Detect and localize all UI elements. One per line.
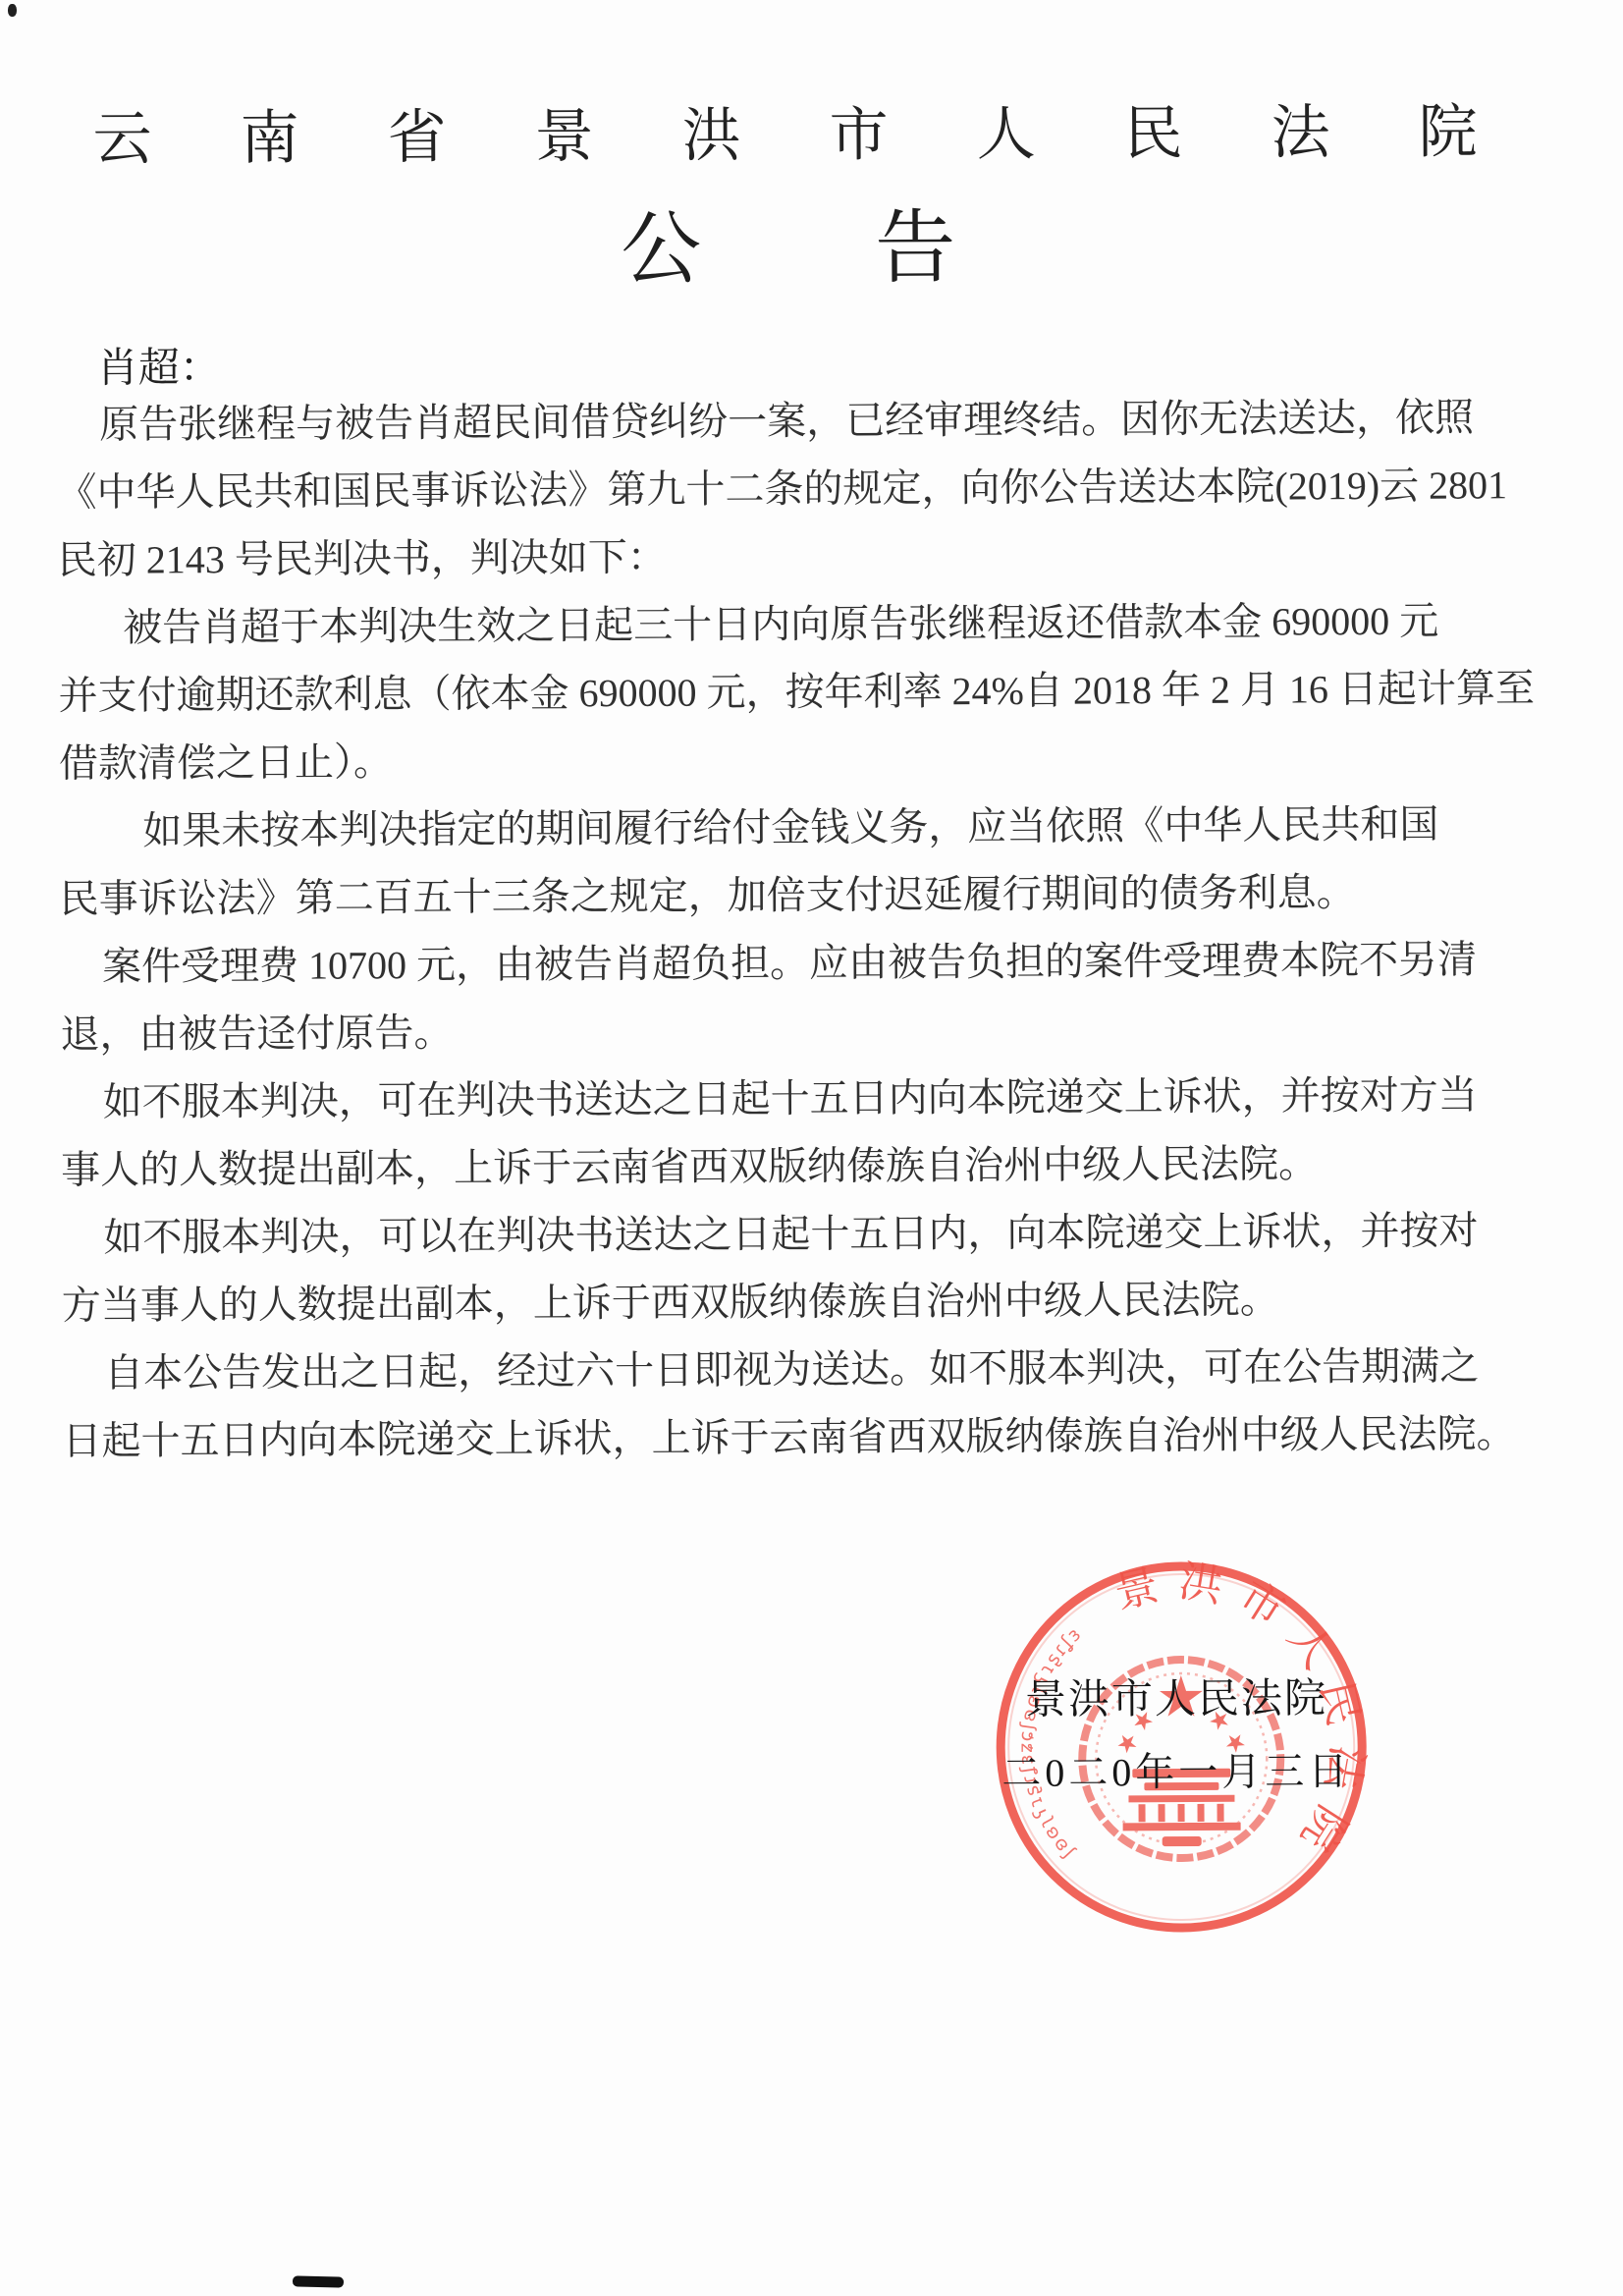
scanned-content: 云南省景洪市人民法院 公告 肖超： 原告张继程与被告肖超民间借贷纠纷一案，已经审… <box>0 0 1623 2296</box>
addressee-name: 肖超： <box>97 345 221 393</box>
body-line: 如不服本判决，可以在判决书送达之日起十五日内，向本院递交上诉状，并按对 <box>61 1196 1534 1272</box>
body-line: 自本公告发出之日起，经过六十日即视为送达。如不服本判决，可在公告期满之 <box>62 1332 1535 1407</box>
seal-ring <box>1000 1565 1363 1929</box>
body-line: 借款清偿之日止）。 <box>59 722 1532 797</box>
body-line: 原告张继程与被告肖超民间借贷纠纷一案，已经审理终结。因你无法送达，依照 <box>57 383 1530 459</box>
body-line: 案件受理费 10700 元，由被告肖超负担。应由被告负担的案件受理费本院不另清 <box>60 925 1533 1001</box>
court-seal-stamp: 景洪市人民法院 ʃʚɞʅʕɿʂɾʆɜʑɕʃʚɞʅʕɿʂɾʆɜ <box>984 1550 1379 1944</box>
body-line: 如不服本判决，可在判决书送达之日起十五日内向本院递交上诉状，并按对方当 <box>61 1061 1534 1136</box>
body-line: 事人的人数提出副本，上诉于云南省西双版纳傣族自治州中级人民法院。 <box>61 1128 1534 1204</box>
body-line: 被告肖超于本判决生效之日起三十日内向原告张继程返还借款本金 690000 元 <box>58 586 1531 662</box>
body-line: 民事诉讼法》第二百五十三条之规定，加倍支付迟延履行期间的债务利息。 <box>59 857 1532 933</box>
announcement-body: 原告张继程与被告肖超民间借贷纠纷一案，已经审理终结。因你无法送达，依照 《中华人… <box>57 383 1536 1475</box>
body-line: 方当事人的人数提出副本，上诉于西双版纳傣族自治州中级人民法院。 <box>62 1264 1535 1339</box>
body-line: 退，由被告迳付原告。 <box>60 993 1533 1068</box>
body-line: 如果未按本判决指定的期间履行给付金钱义务，应当依照《中华人民共和国 <box>59 790 1532 865</box>
body-line: 《中华人民共和国民事诉讼法》第九十二条的规定，向你公告送达本院(2019)云 2… <box>57 451 1530 526</box>
ink-smudge <box>293 2275 344 2287</box>
body-line: 民初 2143 号民判决书，判决如下： <box>58 519 1531 594</box>
document-title: 公告 <box>621 200 1129 298</box>
announcement-page: 云南省景洪市人民法院 公告 肖超： 原告张继程与被告肖超民间借贷纠纷一案，已经审… <box>0 0 1623 2296</box>
body-line: 并支付逾期还款利息（依本金 690000 元，按年利率 24%自 2018 年 … <box>58 654 1531 730</box>
seal-court-name: 景洪市人民法院 <box>990 1676 1363 1723</box>
court-title: 云南省景洪市人民法院 <box>92 98 1565 173</box>
seal-date: 二0二0年一月三日 <box>980 1749 1373 1796</box>
body-line: 日起十五日内向本院递交上诉状，上诉于云南省西双版纳傣族自治州中级人民法院。 <box>62 1399 1535 1475</box>
scan-artifact-mark <box>8 4 17 17</box>
